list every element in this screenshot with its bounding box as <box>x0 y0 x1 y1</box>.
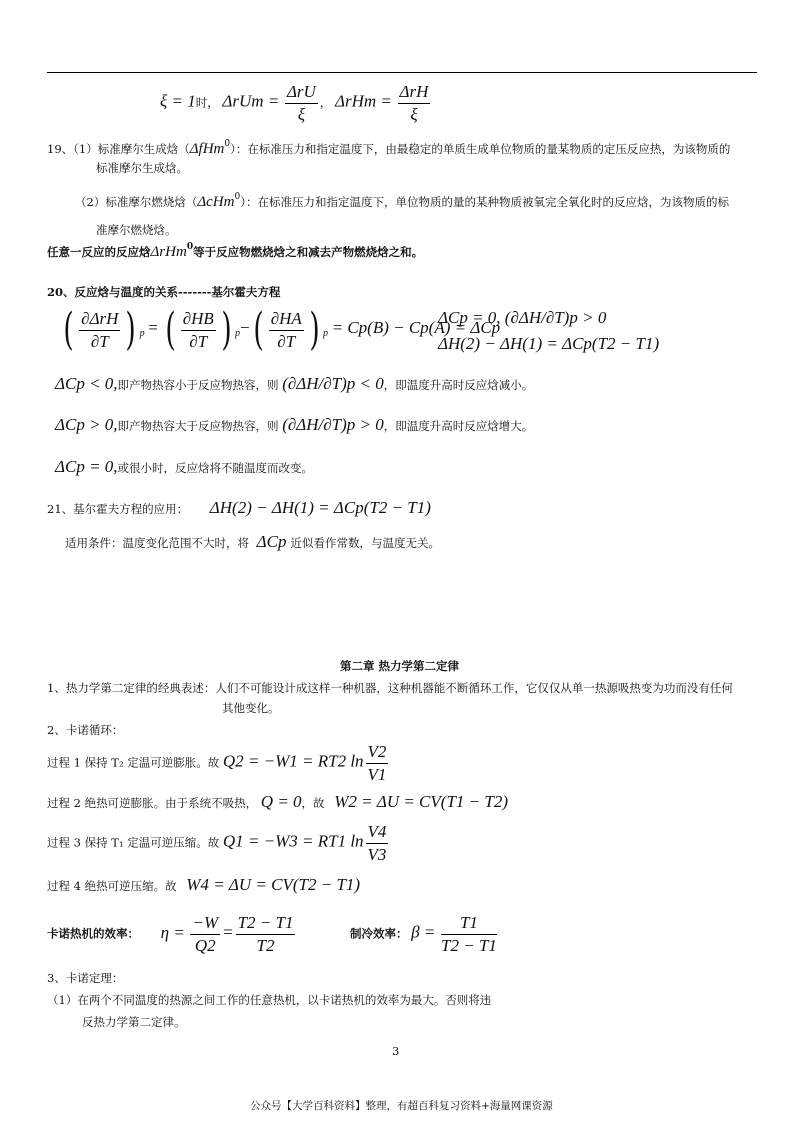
denominator: ∂T <box>79 331 120 352</box>
item-number: 19、 <box>47 142 73 156</box>
text: 适用条件：温度变化范围不大时，将 <box>65 536 249 550</box>
item20-title: 20、反应焓与温度的关系-------基尔霍夫方程 <box>47 284 280 300</box>
item21: 21、基尔霍夫方程的应用： ΔH(2) − ΔH(1) = ΔCp(T2 − T… <box>47 498 431 518</box>
paren-right: ) <box>126 308 136 352</box>
ch2-item3-p1: （1）在两个不同温度的热源之间工作的任意热机，以卡诺热机的效率为最大。否则将违 <box>47 992 491 1008</box>
item19-part1-cont: 标准摩尔生成焓。 <box>96 160 188 176</box>
comma: ， <box>320 96 332 110</box>
denominator: T2 − T1 <box>441 935 497 956</box>
label: 过程 1 保持 T₂ 定温可逆膨胀。故 <box>47 756 219 770</box>
process-3: 过程 3 保持 T₁ 定温可逆压缩。故 Q1 = −W3 = RT1 lnV4V… <box>47 822 390 865</box>
math: Q = 0 <box>261 792 302 811</box>
numerator: ΔrH <box>398 82 431 104</box>
denominator: Q2 <box>190 935 220 956</box>
fraction: T2 − T1T2 <box>236 913 296 956</box>
numerator: ∂ΔrH <box>79 309 120 331</box>
xi-equation: ξ = 1 <box>160 92 196 111</box>
fraction: −WQ2 <box>190 913 220 956</box>
ch2-item1: 1、热力学第二定律的经典表述：人们不可能设计成这样一种机器，这种机器能不断循环工… <box>47 680 733 696</box>
case-dcp-negative: ΔCp < 0,即产物热容小于反应物热容，则 (∂ΔH/∂T)p < 0，即温度… <box>55 374 533 394</box>
math: ΔCp = 0, <box>55 457 118 476</box>
label: 制冷效率： <box>350 927 408 941</box>
numerator: T1 <box>441 913 497 935</box>
label: 卡诺热机的效率： <box>47 927 139 941</box>
math: Q1 = −W3 = RT1 ln <box>223 832 364 851</box>
header-rule <box>47 72 757 73</box>
chapter-title: 第二章 热力学第二定律 <box>340 658 459 674</box>
part1-text: ）：在标准压力和指定温度下，由最稳定的单质生成单位物质的量某物质的定压反应热，为… <box>230 142 730 156</box>
kirchhoff-equation: (∂ΔrH∂T)p = (∂HB∂T)p−(∂HA∂T)p = Cp(B) − … <box>60 308 500 352</box>
denominator: ∂T <box>269 331 304 352</box>
numerator: ΔrU <box>285 82 318 104</box>
paren-left: ( <box>63 308 73 352</box>
paren-left: ( <box>165 308 175 352</box>
subscript: p <box>323 328 328 339</box>
text: 即产物热容小于反应物热容，则 <box>118 378 279 392</box>
numerator: T2 − T1 <box>236 913 296 935</box>
subscript: p <box>140 328 145 339</box>
part2-label: （2）标准摩尔燃烧焓（ <box>75 195 197 209</box>
bold-post: 等于反应物燃烧焓之和减去产物燃烧焓之和。 <box>193 245 423 259</box>
process-2: 过程 2 绝热可逆膨胀。由于系统不吸热， Q = 0，故 W2 = ΔU = C… <box>47 792 508 812</box>
paren-right: ) <box>221 308 231 352</box>
top-formula: ξ = 1时， ΔrUm = ΔrUξ， ΔrHm = ΔrHξ <box>160 82 432 125</box>
ch2-item3-label: 3、卡诺定理： <box>47 970 123 986</box>
beta: β = <box>411 923 435 942</box>
text: 或很小时，反应焓将不随温度而改变。 <box>118 461 314 475</box>
math: W4 = ΔU = CV(T2 − T1) <box>186 875 360 894</box>
cooling-efficiency: 制冷效率： β = T1T2 − T1 <box>350 913 499 956</box>
math: ΔCp > 0, <box>55 415 118 434</box>
item21-formula: ΔH(2) − ΔH(1) = ΔCp(T2 − T1) <box>210 498 431 517</box>
fraction: ∂HB∂T <box>181 309 216 352</box>
part1-label: （1）标准摩尔生成焓（ <box>73 142 190 156</box>
denominator: ξ <box>398 104 431 125</box>
fraction-ru: ΔrUξ <box>285 82 318 125</box>
math: Q2 = −W1 = RT2 ln <box>223 752 364 771</box>
math: W2 = ΔU = CV(T1 − T2) <box>334 792 508 811</box>
label: 过程 3 保持 T₁ 定温可逆压缩。故 <box>47 836 219 850</box>
label: 1、热力学第二定律的经典表述： <box>47 681 215 695</box>
minus: − <box>240 318 250 337</box>
math: ΔCp <box>257 532 287 551</box>
delta-r-um: ΔrUm = <box>222 92 279 111</box>
page-number: 3 <box>392 1044 399 1058</box>
denominator: ∂T <box>181 331 216 352</box>
paren-left: ( <box>253 308 263 352</box>
numerator: V4 <box>366 822 389 844</box>
denominator: ξ <box>285 104 318 125</box>
ch2-item3-p1-cont: 反热力学第二定律。 <box>82 1014 186 1030</box>
case-dcp-positive: ΔCp > 0,即产物热容大于反应物热容，则 (∂ΔH/∂T)p > 0，即温度… <box>55 415 533 435</box>
math: (∂ΔH/∂T)p < 0 <box>282 374 384 393</box>
fraction: ∂HA∂T <box>269 309 304 352</box>
text: 近似看作常数，与温度无关。 <box>290 536 440 550</box>
equals: = <box>222 923 233 942</box>
numerator: ∂HB <box>181 309 216 331</box>
footer-note: 公众号【大学百科资料】整理，有超百科复习资料+海量网课资源 <box>250 1098 553 1113</box>
text: ，即温度升高时反应焓减小。 <box>384 378 534 392</box>
item19-bold-statement: 任意一反应的反应焓ΔrHm0等于反应物燃烧焓之和减去产物燃烧焓之和。 <box>47 242 423 261</box>
fraction: ∂ΔrH∂T <box>79 309 120 352</box>
numerator: V2 <box>366 742 389 764</box>
process-1: 过程 1 保持 T₂ 定温可逆膨胀。故 Q2 = −W1 = RT2 lnV2V… <box>47 742 390 785</box>
text: ，故 <box>302 796 325 810</box>
fraction: V2V1 <box>366 742 389 785</box>
fraction: V4V3 <box>366 822 389 865</box>
process-4: 过程 4 绝热可逆压缩。故 W4 = ΔU = CV(T2 − T1) <box>47 875 360 895</box>
case-dcp-zero: ΔCp = 0,或很小时，反应焓将不随温度而改变。 <box>55 457 313 477</box>
text: 即产物热容大于反应物热容，则 <box>118 419 279 433</box>
ch2-item1-cont: 其他变化。 <box>222 700 280 716</box>
symbol-chm: ΔcHm <box>197 194 234 210</box>
symbol-rhm: ΔrHm <box>151 244 187 260</box>
bold-pre: 任意一反应的反应焓 <box>47 245 151 259</box>
denominator: T2 <box>236 935 296 956</box>
text: 人们不可能设计成这样一种机器，这种机器能不断循环工作，它仅仅从单一热源吸热变为功… <box>215 681 733 695</box>
item21-label: 21、基尔霍夫方程的应用： <box>47 502 188 516</box>
symbol-fhm: ΔfHm <box>190 141 225 157</box>
fraction-rh: ΔrHξ <box>398 82 431 125</box>
paren-right: ) <box>309 308 319 352</box>
denominator: V1 <box>366 764 389 785</box>
text: ，即温度升高时反应焓增大。 <box>384 419 534 433</box>
math: (∂ΔH/∂T)p > 0 <box>282 415 384 434</box>
ch2-item2-label: 2、卡诺循环： <box>47 722 123 738</box>
item19-part1: 19、（1）标准摩尔生成焓（ΔfHm0）：在标准压力和指定温度下，由最稳定的单质… <box>47 139 730 158</box>
math: ΔCp < 0, <box>55 374 118 393</box>
numerator: −W <box>190 913 220 935</box>
numerator: ∂HA <box>269 309 304 331</box>
text-shi: 时， <box>196 96 219 110</box>
denominator: V3 <box>366 844 389 865</box>
side-formula-2: ΔH(2) − ΔH(1) = ΔCp(T2 − T1) <box>438 334 659 354</box>
fraction: T1T2 − T1 <box>441 913 497 956</box>
eta: η = <box>161 923 185 942</box>
carnot-efficiency: 卡诺热机的效率： η = −WQ2=T2 − T1T2 <box>47 913 297 956</box>
label: 过程 4 绝热可逆压缩。故 <box>47 879 177 893</box>
item19-part2-cont: 准摩尔燃烧焓。 <box>96 222 177 238</box>
item19-part2: （2）标准摩尔燃烧焓（ΔcHm0）：在标准压力和指定温度下，单位物质的量的某种物… <box>75 192 729 211</box>
part2-text: ）：在标准压力和指定温度下，单位物质的量的某种物质被氧完全氧化时的反应焓，为该物… <box>240 195 729 209</box>
label: 过程 2 绝热可逆膨胀。由于系统不吸热， <box>47 796 257 810</box>
item21-condition: 适用条件：温度变化范围不大时，将 ΔCp近似看作常数，与温度无关。 <box>65 532 440 552</box>
equals: = <box>148 318 158 337</box>
side-formula-1: ΔCp = 0, (∂ΔH/∂T)p > 0 <box>438 308 606 328</box>
delta-r-hm: ΔrHm = <box>335 92 392 111</box>
